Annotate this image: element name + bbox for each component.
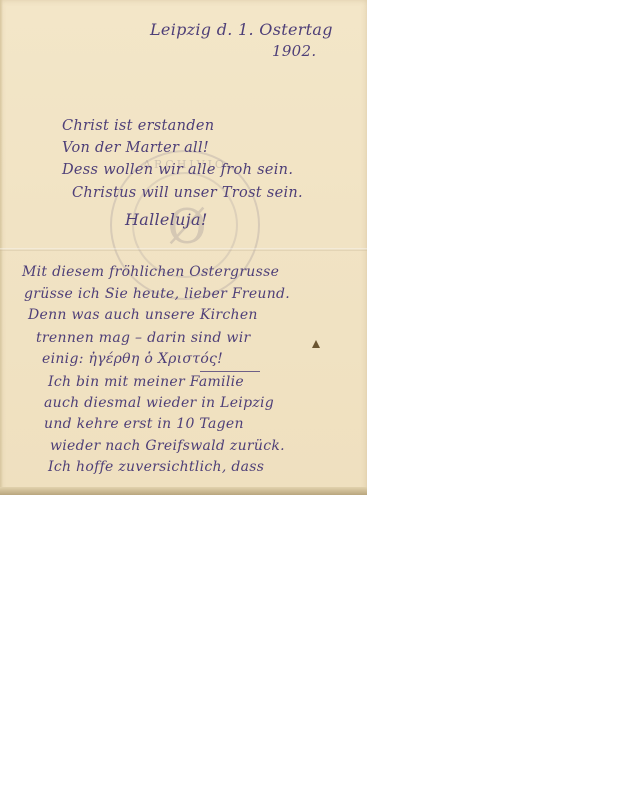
- body-line: wieder nach Greifswald zurück.: [50, 438, 285, 454]
- body-line: auch diesmal wieder in Leipzig: [44, 395, 274, 411]
- paper-fold: [0, 248, 367, 251]
- body-line: Ich bin mit meiner Familie: [48, 374, 244, 390]
- verse-hallelujah: Halleluja!: [125, 210, 208, 229]
- place-date: Leipzig d. 1. Ostertag: [150, 20, 333, 39]
- year: 1902.: [272, 42, 316, 60]
- verse-line: Christ ist erstanden: [62, 118, 214, 134]
- ink-blot: [312, 340, 320, 348]
- letter-page: ARCHIVIO Ø Leipzig d. 1. Ostertag 1902. …: [0, 0, 367, 495]
- body-line: Ich hoffe zuversichtlich, dass: [48, 459, 264, 475]
- body-line: Mit diesem fröhlichen Ostergrusse: [22, 264, 279, 280]
- body-line: und kehre erst in 10 Tagen: [44, 416, 244, 432]
- body-line: trennen mag – darin sind wir: [36, 330, 250, 346]
- body-line: Denn was auch unsere Kirchen: [28, 307, 258, 323]
- verse-line: Von der Marter all!: [62, 140, 209, 156]
- paper-bottom-edge: [0, 487, 367, 495]
- greek-underline: [200, 371, 260, 372]
- body-line: grüsse ich Sie heute, lieber Freund.: [24, 286, 290, 302]
- verse-line: Dess wollen wir alle froh sein.: [62, 162, 293, 178]
- body-line-greek: einig: ἠγέρθη ὁ Χριστός!: [42, 351, 223, 367]
- verse-line: Christus will unser Trost sein.: [72, 185, 303, 201]
